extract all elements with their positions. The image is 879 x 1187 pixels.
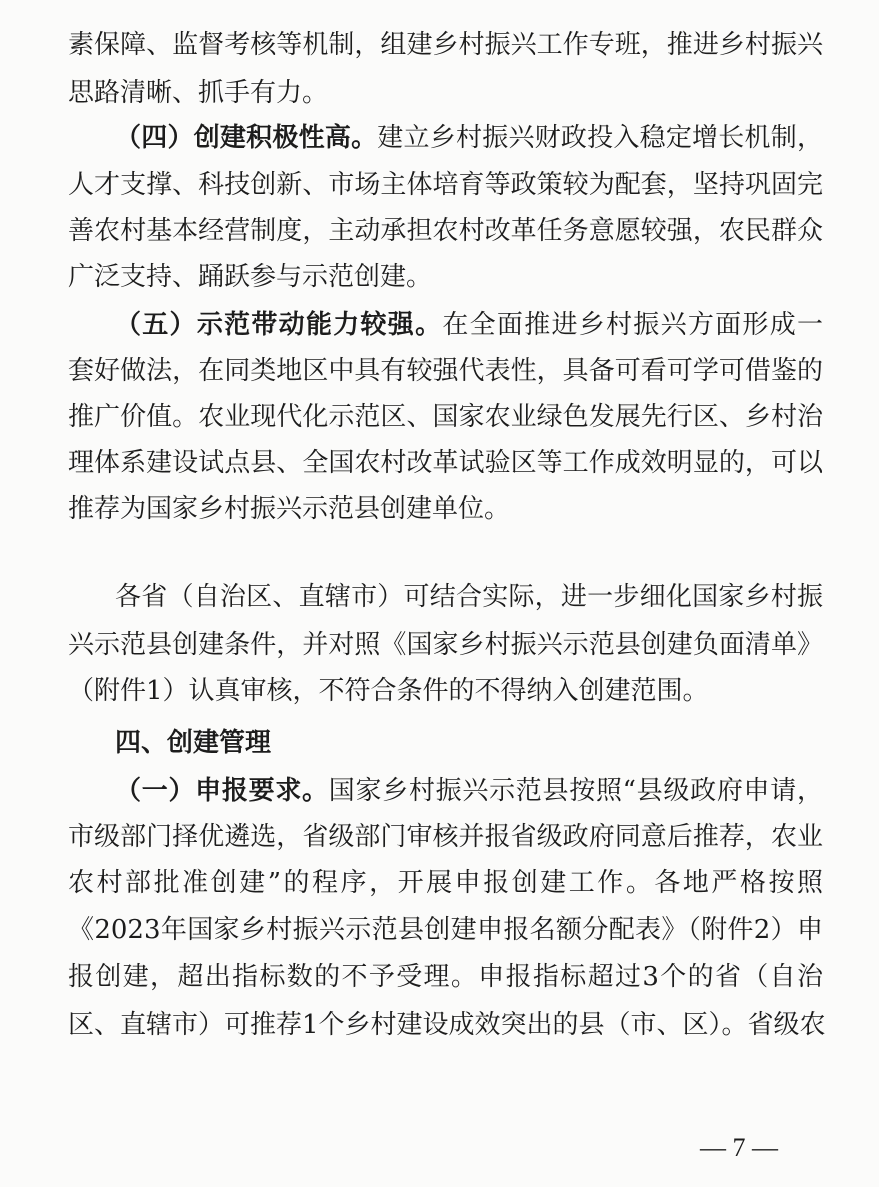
text-line: 思路清晰、抓手有力。 <box>68 78 823 108</box>
page-number: — 7 — <box>700 1133 778 1163</box>
text-line: 推广价值。农业现代化示范区、国家农业绿色发展先行区、乡村治 <box>68 402 823 432</box>
text-line: 区、直辖市）可推荐1个乡村建设成效突出的县（市、区）。省级农 <box>68 1010 823 1040</box>
text-line: 理体系建设试点县、全国农村改革试验区等工作成效明显的，可以 <box>68 448 823 478</box>
text-segment: 在全面推进乡村振兴方面形成一 <box>442 310 823 340</box>
text-line: （附件1）认真审核，不符合条件的不得纳入创建范围。 <box>68 676 823 706</box>
section-4-label: （四）创建积极性高。 <box>115 123 377 153</box>
chapter-heading: 四、创建管理 <box>115 728 823 758</box>
text-line: 推荐为国家乡村振兴示范县创建单位。 <box>68 494 823 524</box>
subsection-1-first-line: （一）申报要求。国家乡村振兴示范县按照“县级政府申请， <box>115 776 823 806</box>
text-line: 兴示范县创建条件，并对照《国家乡村振兴示范县创建负面清单》 <box>68 630 823 660</box>
text-segment: 建立乡村振兴财政投入稳定增长机制， <box>377 123 823 153</box>
section-5-first-line: （五）示范带动能力较强。在全面推进乡村振兴方面形成一 <box>115 310 823 340</box>
text-line: 广泛支持、踊跃参与示范创建。 <box>68 262 823 292</box>
text-line: 善农村基本经营制度，主动承担农村改革任务意愿较强，农民群众 <box>68 216 823 246</box>
text-segment: 国家乡村振兴示范县按照“县级政府申请， <box>329 776 823 806</box>
subsection-1-label: （一）申报要求。 <box>115 776 329 806</box>
text-line: 套好做法，在同类地区中具有较强代表性，具备可看可学可借鉴的 <box>68 356 823 386</box>
text-line: 农村部批准创建”的程序，开展申报创建工作。各地严格按照 <box>68 868 823 898</box>
text-line: 素保障、监督考核等机制，组建乡村振兴工作专班，推进乡村振兴 <box>68 30 823 60</box>
text-line: 各省（自治区、直辖市）可结合实际，进一步细化国家乡村振 <box>115 582 823 612</box>
text-line: 报创建，超出指标数的不予受理。申报指标超过3个的省（自治 <box>68 962 823 992</box>
section-4-first-line: （四）创建积极性高。建立乡村振兴财政投入稳定增长机制， <box>115 123 823 153</box>
text-line: 人才支撑、科技创新、市场主体培育等政策较为配套，坚持巩固完 <box>68 170 823 200</box>
text-line: 市级部门择优遴选，省级部门审核并报省级政府同意后推荐，农业 <box>68 822 823 852</box>
document-page: 素保障、监督考核等机制，组建乡村振兴工作专班，推进乡村振兴 思路清晰、抓手有力。… <box>0 0 879 1187</box>
text-line: 《2023年国家乡村振兴示范县创建申报名额分配表》（附件2）申 <box>68 915 823 945</box>
section-5-label: （五）示范带动能力较强。 <box>115 310 442 340</box>
